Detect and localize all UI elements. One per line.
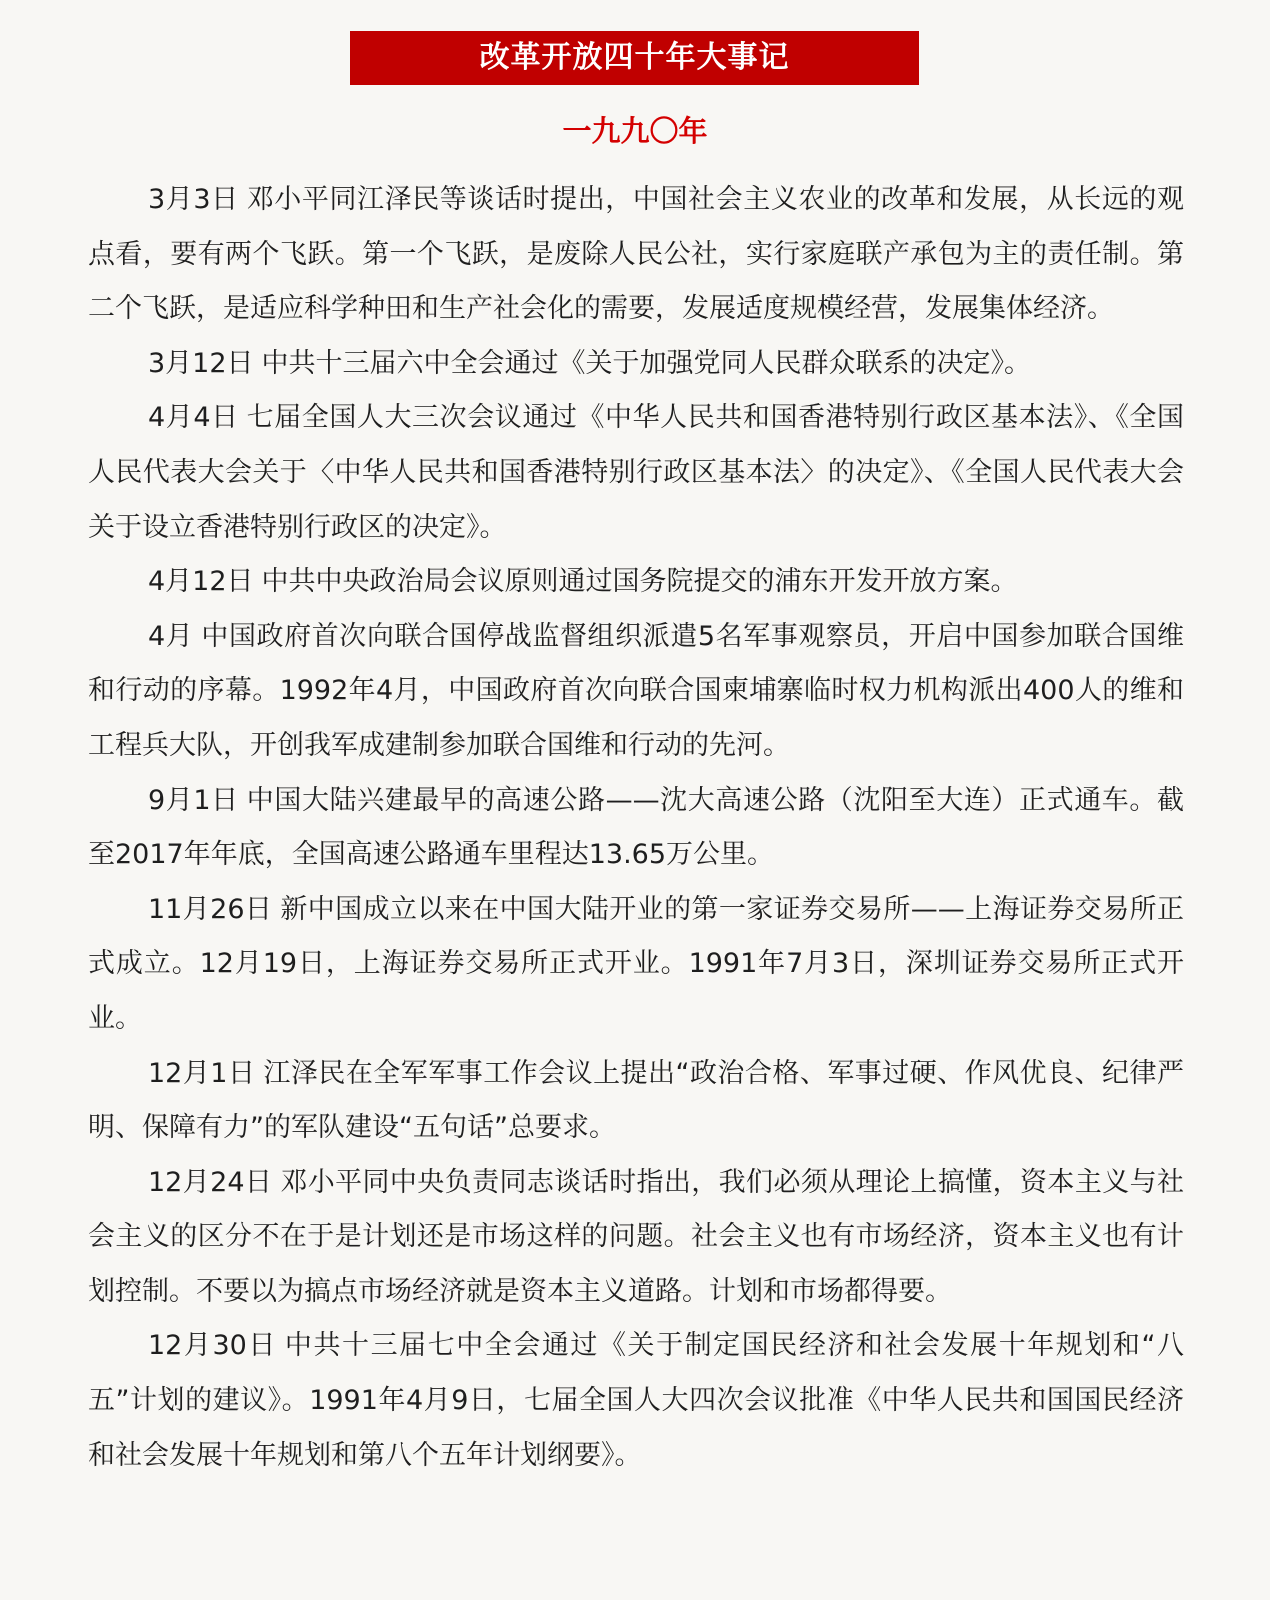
event-entry: 11月26日新中国成立以来在中国大陆开业的第一家证券交易所——上海证券交易所正式… [88, 883, 1184, 1047]
event-date: 12月30日 [148, 1330, 277, 1361]
event-date: 11月26日 [148, 894, 272, 925]
event-text: 中国政府首次向联合国停战监督组织派遣5名军事观察员，开启中国参加联合国维和行动的… [88, 621, 1184, 761]
event-date: 12月1日 [148, 1058, 255, 1089]
event-date: 4月12日 [148, 566, 254, 597]
event-date: 12月24日 [148, 1167, 272, 1198]
event-entry: 4月中国政府首次向联合国停战监督组织派遣5名军事观察员，开启中国参加联合国维和行… [88, 610, 1184, 774]
event-entry: 4月12日中共中央政治局会议原则通过国务院提交的浦东开发开放方案。 [88, 555, 1184, 610]
event-text: 七届全国人大三次会议通过《中华人民共和国香港特别行政区基本法》、《全国人民代表大… [88, 402, 1184, 542]
event-text: 中共十三届六中全会通过《关于加强党同人民群众联系的决定》。 [262, 348, 1032, 379]
event-entry: 3月3日邓小平同江泽民等谈话时提出，中国社会主义农业的改革和发展，从长远的观点看… [88, 173, 1184, 337]
event-entry: 4月4日七届全国人大三次会议通过《中华人民共和国香港特别行政区基本法》、《全国人… [88, 391, 1184, 555]
event-text: 中共中央政治局会议原则通过国务院提交的浦东开发开放方案。 [262, 566, 1018, 597]
event-entry: 9月1日中国大陆兴建最早的高速公路——沈大高速公路（沈阳至大连）正式通车。截至2… [88, 774, 1184, 883]
banner-title: 改革开放四十年大事记 [350, 31, 919, 85]
event-entry: 12月30日中共十三届七中全会通过《关于制定国民经济和社会发展十年规划和“八五”… [88, 1319, 1184, 1483]
event-entry: 3月12日中共十三届六中全会通过《关于加强党同人民群众联系的决定》。 [88, 337, 1184, 392]
event-date: 9月1日 [148, 785, 239, 816]
event-list: 3月3日邓小平同江泽民等谈话时提出，中国社会主义农业的改革和发展，从长远的观点看… [88, 173, 1184, 1483]
event-date: 3月3日 [148, 184, 239, 215]
event-entry: 12月1日江泽民在全军军事工作会议上提出“政治合格、军事过硬、作风优良、纪律严明… [88, 1047, 1184, 1156]
event-entry: 12月24日邓小平同中央负责同志谈话时指出，我们必须从理论上搞懂，资本主义与社会… [88, 1156, 1184, 1320]
event-date: 4月 [148, 621, 193, 652]
event-date: 3月12日 [148, 348, 254, 379]
year-heading: 一九九〇年 [0, 107, 1270, 155]
event-text: 邓小平同江泽民等谈话时提出，中国社会主义农业的改革和发展，从长远的观点看，要有两… [88, 184, 1184, 324]
event-text: 中国大陆兴建最早的高速公路——沈大高速公路（沈阳至大连）正式通车。截至2017年… [88, 785, 1184, 871]
event-date: 4月4日 [148, 402, 239, 433]
